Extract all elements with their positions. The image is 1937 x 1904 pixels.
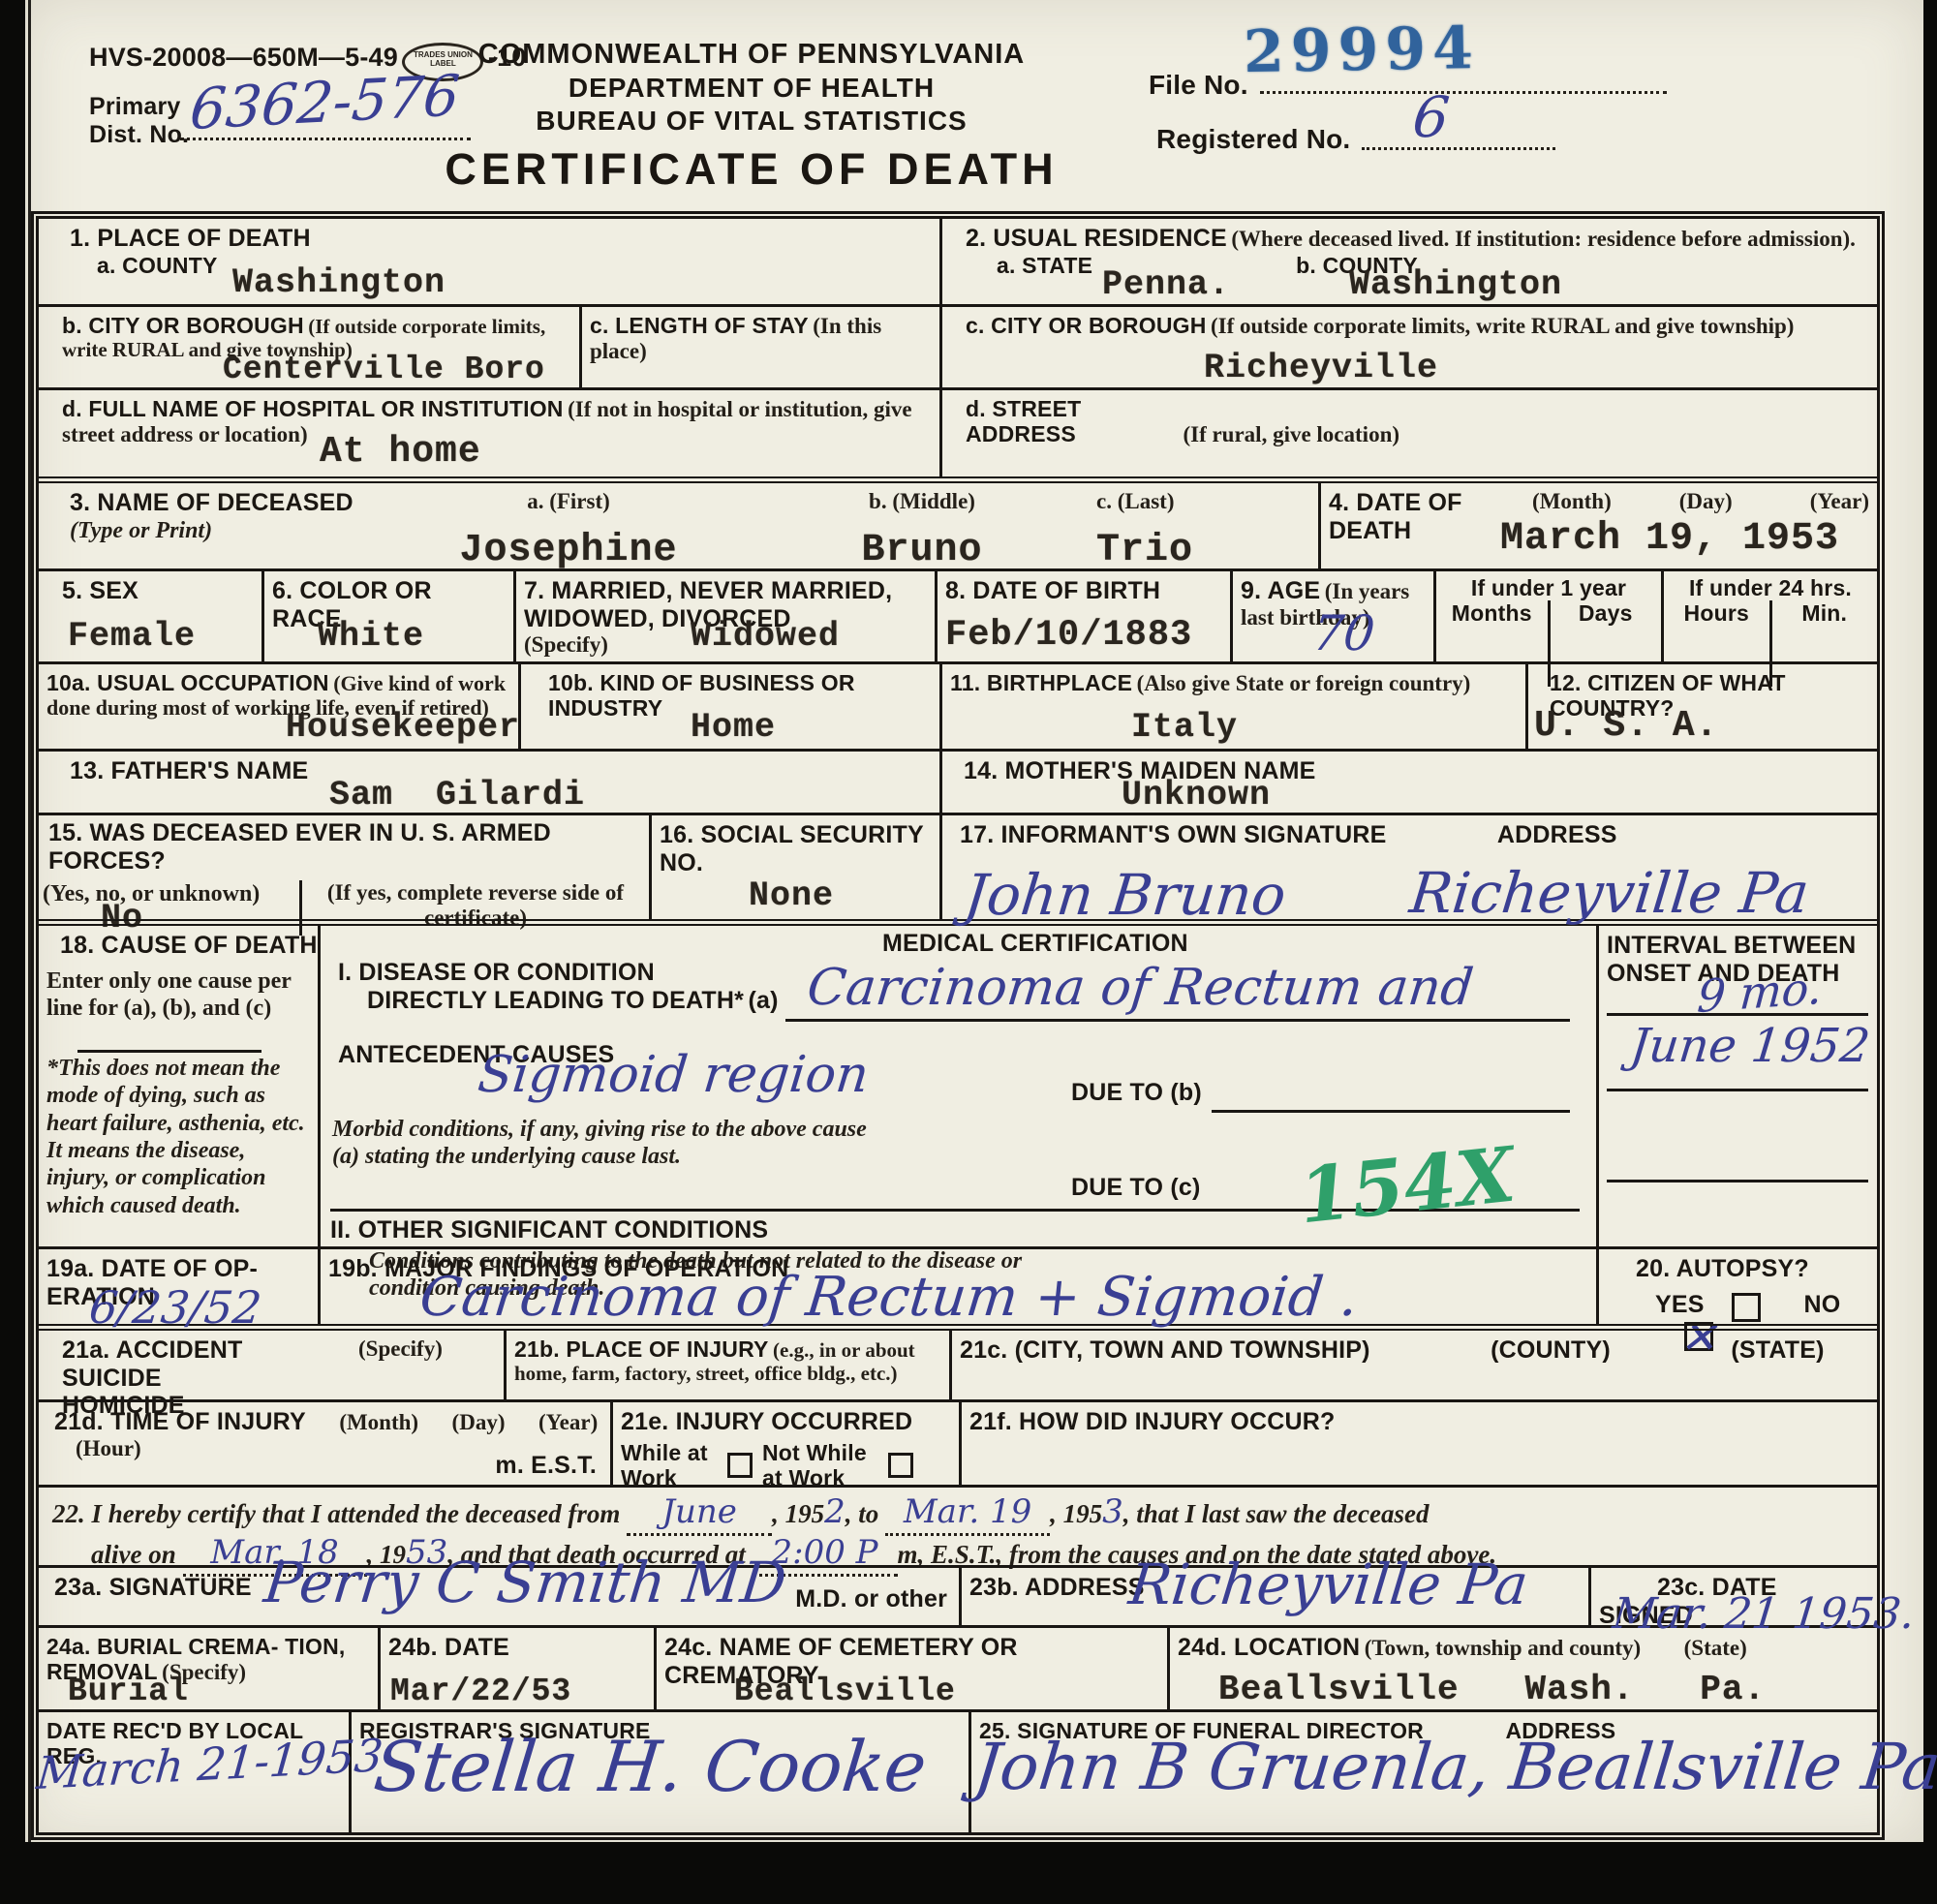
dob-heading: 8. DATE OF BIRTH [945, 577, 1222, 605]
residence-state-label: a. STATE [997, 253, 1092, 278]
file-no-stamp: 29994 [1243, 19, 1480, 81]
industry-value: Home [691, 711, 776, 745]
cause-heading: 18. CAUSE OF DEATH [46, 932, 310, 960]
row-cause-of-death: 18. CAUSE OF DEATH Enter only one cause … [39, 919, 1877, 1246]
row-occupation-birthplace: 10a. USUAL OCCUPATION (Give kind of work… [39, 661, 1877, 749]
line-b-rule [1212, 1110, 1570, 1113]
informant-address-label: ADDRESS [1497, 821, 1617, 848]
autopsy-yes-checkbox [1732, 1293, 1761, 1322]
date-of-death-value: March 19, 1953 [1500, 520, 1839, 559]
mother-value: Unknown [1122, 779, 1271, 813]
field-registrar-signature: REGISTRAR'S SIGNATURE Stella H. Cooke [349, 1712, 968, 1832]
certificate-form: 1. PLACE OF DEATH a. COUNTY Washington 2… [31, 211, 1885, 1840]
cert-from-value: June [661, 1492, 737, 1531]
field-accident-suicide: 21a. ACCIDENT SUICIDE HOMICIDE (Specify) [39, 1331, 504, 1399]
residence-county-value: Washington [1349, 268, 1562, 302]
county-value: Washington [232, 266, 446, 300]
line-a-rule [785, 1019, 1570, 1022]
cert-to-value: Mar. 19 [904, 1492, 1031, 1531]
injury-hour-label: (Hour) [76, 1436, 141, 1460]
field-occupation: 10a. USUAL OCCUPATION (Give kind of work… [39, 664, 518, 749]
field-length-of-stay: c. LENGTH OF STAY (In this place) [579, 307, 939, 387]
row-sex-race-age: 5. SEX Female 6. COLOR OR RACE White 7. … [39, 568, 1877, 661]
city-value: Centerville Boro [223, 353, 545, 385]
field-citizenship: 12. CITIZEN OF WHAT COUNTRY? U. S. A. [1525, 664, 1877, 749]
field-ssn: 16. SOCIAL SECURITY NO. None [649, 815, 939, 919]
field-autopsy: 20. AUTOPSY? YES NO ✕ [1596, 1249, 1877, 1324]
first-name-label: a. (First) [389, 489, 748, 514]
field-major-findings: 19b. MAJOR FINDINGS OF OPERATION Carcino… [318, 1249, 1596, 1324]
interval-value-2: June 1952 [1628, 1023, 1872, 1069]
row-place-residence: 1. PLACE OF DEATH a. COUNTY Washington 2… [39, 219, 1877, 304]
row-institution-street: d. FULL NAME OF HOSPITAL OR INSTITUTION … [39, 387, 1877, 476]
last-name-value: Trio [1096, 532, 1310, 570]
armed-forces-heading: 15. WAS DECEASED EVER IN U. S. ARMED FOR… [39, 819, 649, 875]
field-burial-date: 24b. DATE Mar/22/53 [378, 1628, 654, 1709]
field-interval: INTERVAL BETWEEN ONSET AND DEATH 9 mo. J… [1596, 926, 1877, 1246]
field-how-injury-occurred: 21f. HOW DID INJURY OCCUR? [959, 1402, 1877, 1485]
field-funeral-director: 25. SIGNATURE OF FUNERAL DIRECTOR ADDRES… [968, 1712, 1877, 1832]
cause-a-value: Carcinoma of Rectum and [805, 963, 1476, 1013]
row-registrar: DATE REC'D BY LOCAL REG. March 21-1953 R… [39, 1709, 1877, 1832]
cause-note-divider [77, 1050, 261, 1053]
cert-blank-to: Mar. 19 [885, 1495, 1050, 1536]
location-value: Beallsville Wash. Pa. [1218, 1673, 1766, 1707]
field-under-24-hrs: If under 24 hrs. Hours Min. [1661, 571, 1877, 661]
armed-forces-note1: (Yes, no, or unknown) [43, 881, 260, 906]
cert-t5: , that I last saw the deceased [1123, 1499, 1430, 1528]
field-institution: d. FULL NAME OF HOSPITAL OR INSTITUTION … [39, 390, 939, 476]
not-while-at-work-label: Not While at Work [762, 1440, 878, 1490]
field-date-of-birth: 8. DATE OF BIRTH Feb/10/1883 [935, 571, 1230, 661]
field-mother-name: 14. MOTHER'S MAIDEN NAME Unknown [939, 752, 1877, 813]
field-injury-city: 21c. (CITY, TOWN AND TOWNSHIP) (COUNTY) … [949, 1331, 1877, 1399]
cert-t2: , 195 [772, 1499, 824, 1528]
field-cemetery: 24c. NAME OF CEMETERY OR CREMATORY Beall… [654, 1628, 1167, 1709]
field-time-of-injury: 21d. TIME OF INJURY (Month) (Day) (Year)… [39, 1402, 610, 1485]
under1yr-heading: If under 1 year [1436, 575, 1661, 600]
birthplace-value: Italy [1131, 711, 1238, 745]
while-at-work-checkbox [727, 1453, 753, 1478]
cause-note1: Enter only one cause per line for (a), (… [46, 967, 310, 1023]
ssn-value: None [749, 879, 834, 913]
injury-occurred-heading: 21e. INJURY OCCURRED [621, 1408, 951, 1436]
scanned-death-certificate: { "colors": {"ink_blue":"#3a3f93","stamp… [0, 0, 1937, 1904]
under24-heading: If under 24 hrs. [1664, 575, 1877, 600]
morbid-note: Morbid conditions, if any, giving rise t… [332, 1116, 875, 1171]
field-marital-status: 7. MARRIED, NEVER MARRIED, WIDOWED, DIVO… [513, 571, 935, 661]
cause-b-value: Sigmoid region [476, 1050, 871, 1100]
major-findings-value: Carcinoma of Rectum + Sigmoid . [417, 1271, 1361, 1325]
injury-state-label: (STATE) [1731, 1336, 1824, 1364]
physician-signature-value: Perry C Smith MD [261, 1554, 789, 1611]
row-operation-autopsy: 19a. DATE OF OP- ERATION 6/23/52 19b. MA… [39, 1246, 1877, 1324]
father-value: Sam Gilardi [329, 779, 585, 813]
code-stamp-green: 154X [1296, 1138, 1519, 1236]
autopsy-no-label: NO [1804, 1291, 1841, 1318]
physician-address-heading: 23b. ADDRESS [969, 1574, 1145, 1601]
field-under-1-year: If under 1 year Months Days [1433, 571, 1661, 661]
cert-year2-hw: 3 [1102, 1492, 1123, 1531]
institution-value: At home [320, 434, 481, 471]
injury-day-label: (Day) [452, 1410, 506, 1434]
first-name-value: Josephine [389, 532, 748, 570]
injury-est-label: m. E.S.T. [495, 1452, 597, 1480]
dist-no-label: Dist. No. [89, 121, 189, 149]
accident-specify-note: (Specify) [358, 1336, 443, 1362]
burial-value: Burial [68, 1675, 189, 1707]
registered-no-value: 6 [1410, 89, 1452, 145]
usual-residence-heading: 2. USUAL RESIDENCE [966, 225, 1227, 252]
field-birthplace: 11. BIRTHPLACE (Also give State or forei… [939, 664, 1525, 749]
injury-year-label: (Year) [538, 1410, 598, 1434]
burial-date-value: Mar/22/53 [390, 1675, 571, 1707]
occupation-value: Housekeeper [286, 711, 520, 745]
cert-t4: , 195 [1050, 1499, 1102, 1528]
not-while-at-work-checkbox [888, 1453, 913, 1478]
field-age: 9. AGE (In years last birthday) 70 [1230, 571, 1433, 661]
occupation-heading: 10a. USUAL OCCUPATION [46, 670, 329, 695]
primary-dist-label: Primary Dist. No. [89, 93, 189, 148]
bureau-line: BUREAU OF VITAL STATISTICS [442, 106, 1061, 137]
cert-blank-from: June [627, 1495, 772, 1536]
location-heading: 24d. LOCATION [1178, 1634, 1360, 1661]
certificate-paper: HVS-20008—650M—5-49 TRADES UNION LABEL -… [25, 0, 1923, 1842]
row-physician: 23a. SIGNATURE Perry C Smith MD M.D. or … [39, 1565, 1877, 1625]
residence-city-label: c. CITY OR BOROUGH [966, 313, 1207, 338]
field-father-name: 13. FATHER'S NAME Sam Gilardi [39, 752, 939, 813]
name-heading: 3. NAME OF DECEASED [70, 489, 389, 517]
residence-city-note: (If outside corporate limits, write RURA… [1211, 314, 1794, 338]
middle-name-value: Bruno [748, 532, 1096, 570]
middle-name-label: b. (Middle) [748, 489, 1096, 514]
row-city-borough: b. CITY OR BOROUGH (If outside corporate… [39, 304, 1877, 387]
cert-year1-hw: 2 [824, 1492, 846, 1531]
field-industry: 10b. KIND OF BUSINESS OR INDUSTRY Home [518, 664, 939, 749]
department-line: DEPARTMENT OF HEALTH [442, 73, 1061, 104]
birthplace-note: (Also give State or foreign country) [1137, 671, 1471, 695]
funeral-director-value: John B Gruenla, Beallsville Pa [971, 1735, 1937, 1799]
street-address-note: (If rural, give location) [1183, 422, 1399, 446]
age-heading: 9. AGE [1241, 577, 1320, 604]
injury-month-label: (Month) [339, 1410, 418, 1434]
interval-rule-3 [1607, 1180, 1868, 1182]
row-forces-ssn-informant: 15. WAS DECEASED EVER IN U. S. ARMED FOR… [39, 813, 1877, 919]
registered-no-label: Registered No. [1156, 124, 1350, 155]
cert-t1: 22. I hereby certify that I attended the… [52, 1499, 620, 1528]
row-name-dateofdeath: 3. NAME OF DECEASED (Type or Print) a. (… [39, 476, 1877, 568]
registered-no-rule [1362, 147, 1555, 150]
field-date-of-operation: 19a. DATE OF OP- ERATION 6/23/52 [39, 1249, 318, 1324]
ssn-heading: 16. SOCIAL SECURITY NO. [660, 821, 932, 876]
row-parents: 13. FATHER'S NAME Sam Gilardi 14. MOTHER… [39, 749, 1877, 813]
primary-label: Primary [89, 93, 189, 121]
informant-signature: John Bruno [962, 867, 1288, 923]
birthplace-heading: 11. BIRTHPLACE [950, 670, 1132, 695]
city-label: b. CITY OR BOROUGH [62, 313, 304, 338]
primary-dist-value: 6362-576 [188, 67, 462, 138]
residence-city-value: Richeyville [1204, 352, 1438, 385]
md-or-other-label: M.D. or other [795, 1585, 947, 1613]
sex-value: Female [68, 620, 196, 654]
operation-date-value: 6/23/52 [87, 1285, 263, 1330]
name-heading-note: (Type or Print) [70, 517, 389, 544]
file-no-rule [1260, 91, 1667, 94]
medical-certification-heading: MEDICAL CERTIFICATION [882, 930, 1188, 958]
field-street-address: d. STREET ADDRESS (If rural, give locati… [939, 390, 1877, 476]
cemetery-value: Beallsville [734, 1675, 956, 1707]
field-injury-occurred: 21e. INJURY OCCURRED While at Work Not W… [610, 1402, 959, 1485]
dob-value: Feb/10/1883 [945, 618, 1192, 654]
due-c-label: DUE TO (c) [1071, 1174, 1201, 1202]
date-signed-value: Mar. 21 1953. [1611, 1593, 1917, 1636]
street-address-label: d. STREET ADDRESS [950, 396, 1179, 446]
certificate-title: CERTIFICATE OF DEATH [442, 144, 1061, 194]
cause-left-notes: 18. CAUSE OF DEATH Enter only one cause … [39, 926, 318, 1246]
field-date-signed: 23c. DATE SIGNED Mar. 21 1953. [1588, 1568, 1877, 1625]
location-state-note: (State) [1684, 1636, 1747, 1660]
county-label: a. COUNTY [46, 253, 932, 278]
row-burial: 24a. BURIAL CREMA- TION, REMOVAL (Specif… [39, 1625, 1877, 1709]
physician-signature-heading: 23a. SIGNATURE [46, 1574, 252, 1601]
physician-address-value: Richeyville Pa [1126, 1556, 1530, 1612]
mother-heading: 14. MOTHER'S MAIDEN NAME [950, 757, 1869, 785]
place-of-injury-heading: 21b. PLACE OF INJURY [514, 1336, 769, 1362]
last-name-label: c. (Last) [1096, 489, 1310, 514]
autopsy-heading: 20. AUTOPSY? [1607, 1255, 1869, 1283]
field-city-of-death: b. CITY OR BOROUGH (If outside corporate… [39, 307, 579, 387]
other-heading: II. OTHER SIGNIFICANT CONDITIONS [330, 1216, 768, 1244]
date-of-death-heading: 4. DATE OF DEATH [1329, 489, 1474, 544]
how-injury-heading: 21f. HOW DID INJURY OCCUR? [969, 1408, 1869, 1436]
sex-heading: 5. SEX [46, 577, 254, 605]
marital-note: (Specify) [524, 632, 608, 657]
scan-black-edge [0, 1842, 1937, 1904]
injury-city-heading: 21c. (CITY, TOWN AND TOWNSHIP) [960, 1336, 1370, 1364]
field-date-received: DATE REC'D BY LOCAL REG. March 21-1953 [39, 1712, 349, 1832]
disease-label-2: DIRECTLY LEADING TO DEATH* [328, 987, 744, 1014]
field-informant: 17. INFORMANT'S OWN SIGNATURE ADDRESS Jo… [939, 815, 1877, 919]
field-place-of-death-county: 1. PLACE OF DEATH a. COUNTY Washington [39, 219, 939, 304]
burial-date-heading: 24b. DATE [388, 1634, 646, 1662]
field-place-of-injury: 21b. PLACE OF INJURY (e.g., in or about … [504, 1331, 949, 1399]
cause-note2: *This does not mean the mode of dying, s… [46, 1055, 310, 1219]
residence-state-value: Penna. [1102, 268, 1230, 302]
field-burial-type: 24a. BURIAL CREMA- TION, REMOVAL (Specif… [39, 1628, 378, 1709]
header-center-block: COMMONWEALTH OF PENNSYLVANIA DEPARTMENT … [442, 39, 1061, 194]
cert-t3: , to [846, 1499, 879, 1528]
citizenship-value: U. S. A. [1534, 708, 1718, 745]
field-burial-location: 24d. LOCATION (Town, township and county… [1167, 1628, 1877, 1709]
field-physician-address: 23b. ADDRESS Richeyville Pa [959, 1568, 1588, 1625]
usual-residence-note: (Where deceased lived. If institution: r… [1231, 227, 1856, 251]
location-note: (Town, township and county) [1365, 1636, 1641, 1660]
row-accident: 21a. ACCIDENT SUICIDE HOMICIDE (Specify)… [39, 1324, 1877, 1399]
field-usual-residence: 2. USUAL RESIDENCE (Where deceased lived… [939, 219, 1877, 304]
institution-label: d. FULL NAME OF HOSPITAL OR INSTITUTION [62, 396, 564, 421]
field-armed-forces: 15. WAS DECEASED EVER IN U. S. ARMED FOR… [39, 815, 649, 919]
race-value: White [318, 620, 424, 654]
medical-certification-block: MEDICAL CERTIFICATION I. DISEASE OR COND… [318, 926, 1596, 1246]
commonwealth-line: COMMONWEALTH OF PENNSYLVANIA [442, 39, 1061, 71]
disease-a-label: (a) [749, 987, 779, 1014]
field-residence-city: c. CITY OR BOROUGH (If outside corporate… [939, 307, 1877, 387]
informant-address-value: Richeyville Pa [1407, 865, 1811, 921]
place-of-death-heading: 1. PLACE OF DEATH [46, 225, 932, 253]
marital-value: Widowed [691, 620, 840, 654]
interval-rule-2 [1607, 1089, 1868, 1091]
interval-value-1: 9 mo. [1696, 966, 1824, 1019]
time-of-injury-heading: 21d. TIME OF INJURY [46, 1408, 306, 1435]
due-b-label: DUE TO (b) [1071, 1079, 1202, 1107]
row-time-of-injury: 21d. TIME OF INJURY (Month) (Day) (Year)… [39, 1399, 1877, 1485]
while-at-work-label: While at Work [621, 1440, 718, 1490]
injury-county-label: (COUNTY) [1491, 1336, 1611, 1364]
field-name-of-deceased: 3. NAME OF DECEASED (Type or Print) a. (… [39, 483, 1318, 568]
field-sex: 5. SEX Female [39, 571, 261, 661]
file-no-label: File No. [1149, 70, 1248, 101]
field-color-race: 6. COLOR OR RACE White [261, 571, 513, 661]
age-value: 70 [1310, 609, 1377, 658]
informant-heading: 17. INFORMANT'S OWN SIGNATURE [950, 821, 1386, 848]
registrar-signature-value: Stella H. Cooke [371, 1732, 930, 1801]
field-date-of-death: 4. DATE OF DEATH (Month) (Day) (Year) Ma… [1318, 483, 1877, 568]
field-physician-signature: 23a. SIGNATURE Perry C Smith MD M.D. or … [39, 1568, 959, 1625]
length-of-stay-label: c. LENGTH OF STAY [590, 313, 809, 338]
